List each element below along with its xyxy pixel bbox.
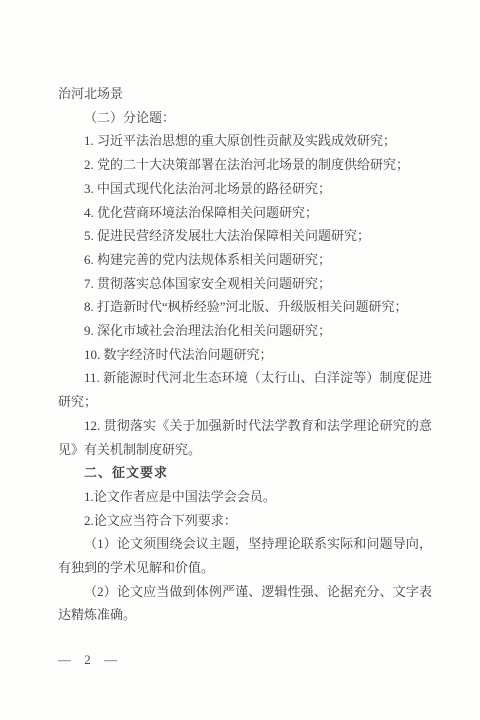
- subtopic-item-8: 8. 打造新时代“枫桥经验”河北版、升级版相关问题研究；: [58, 295, 432, 319]
- subtopic-item-6: 6. 构建完善的党内法规体系相关问题研究；: [58, 248, 432, 272]
- page-number: — 2 —: [58, 652, 117, 668]
- document-page: 治河北场景 （二）分论题： 1. 习近平法治思想的重大原创性贡献及实践成效研究；…: [0, 0, 480, 720]
- subtopic-item-10: 10. 数字经济时代法治问题研究；: [58, 343, 432, 367]
- subtopic-item-11: 11. 新能源时代河北生态环境（太行山、白洋淀等）制度促进研究；: [58, 366, 432, 413]
- subtopic-item-5: 5. 促进民营经济发展壮大法治保障相关问题研究；: [58, 224, 432, 248]
- document-body: 治河北场景 （二）分论题： 1. 习近平法治思想的重大原创性贡献及实践成效研究；…: [58, 82, 432, 627]
- requirement-item-1: 1.论文作者应是中国法学会会员。: [58, 485, 432, 509]
- subtopic-item-4: 4. 优化营商环境法治保障相关问题研究；: [58, 201, 432, 225]
- continuation-text: 治河北场景: [58, 82, 432, 106]
- requirement-item-3: （1）论文须围绕会议主题，坚持理论联系实际和问题导向，有独到的学术见解和价值。: [58, 532, 432, 579]
- subtopic-item-3: 3. 中国式现代化法治河北场景的路径研究；: [58, 177, 432, 201]
- subtopic-item-1: 1. 习近平法治思想的重大原创性贡献及实践成效研究；: [58, 129, 432, 153]
- subtopic-item-7: 7. 贯彻落实总体国家安全观相关问题研究；: [58, 272, 432, 296]
- subtopic-item-12: 12. 贯彻落实《关于加强新时代法学教育和法学理论研究的意见》有关机制制度研究。: [58, 414, 432, 461]
- subtopic-item-2: 2. 党的二十大决策部署在法治河北场景的制度供给研究；: [58, 153, 432, 177]
- requirement-item-4: （2）论文应当做到体例严谨、逻辑性强、论据充分、文字表达精炼准确。: [58, 580, 432, 627]
- requirements-heading: 二、征文要求: [58, 461, 432, 485]
- subtopics-heading: （二）分论题：: [58, 106, 432, 130]
- requirement-item-2: 2.论文应当符合下列要求：: [58, 509, 432, 533]
- subtopic-item-9: 9. 深化市域社会治理法治化相关问题研究；: [58, 319, 432, 343]
